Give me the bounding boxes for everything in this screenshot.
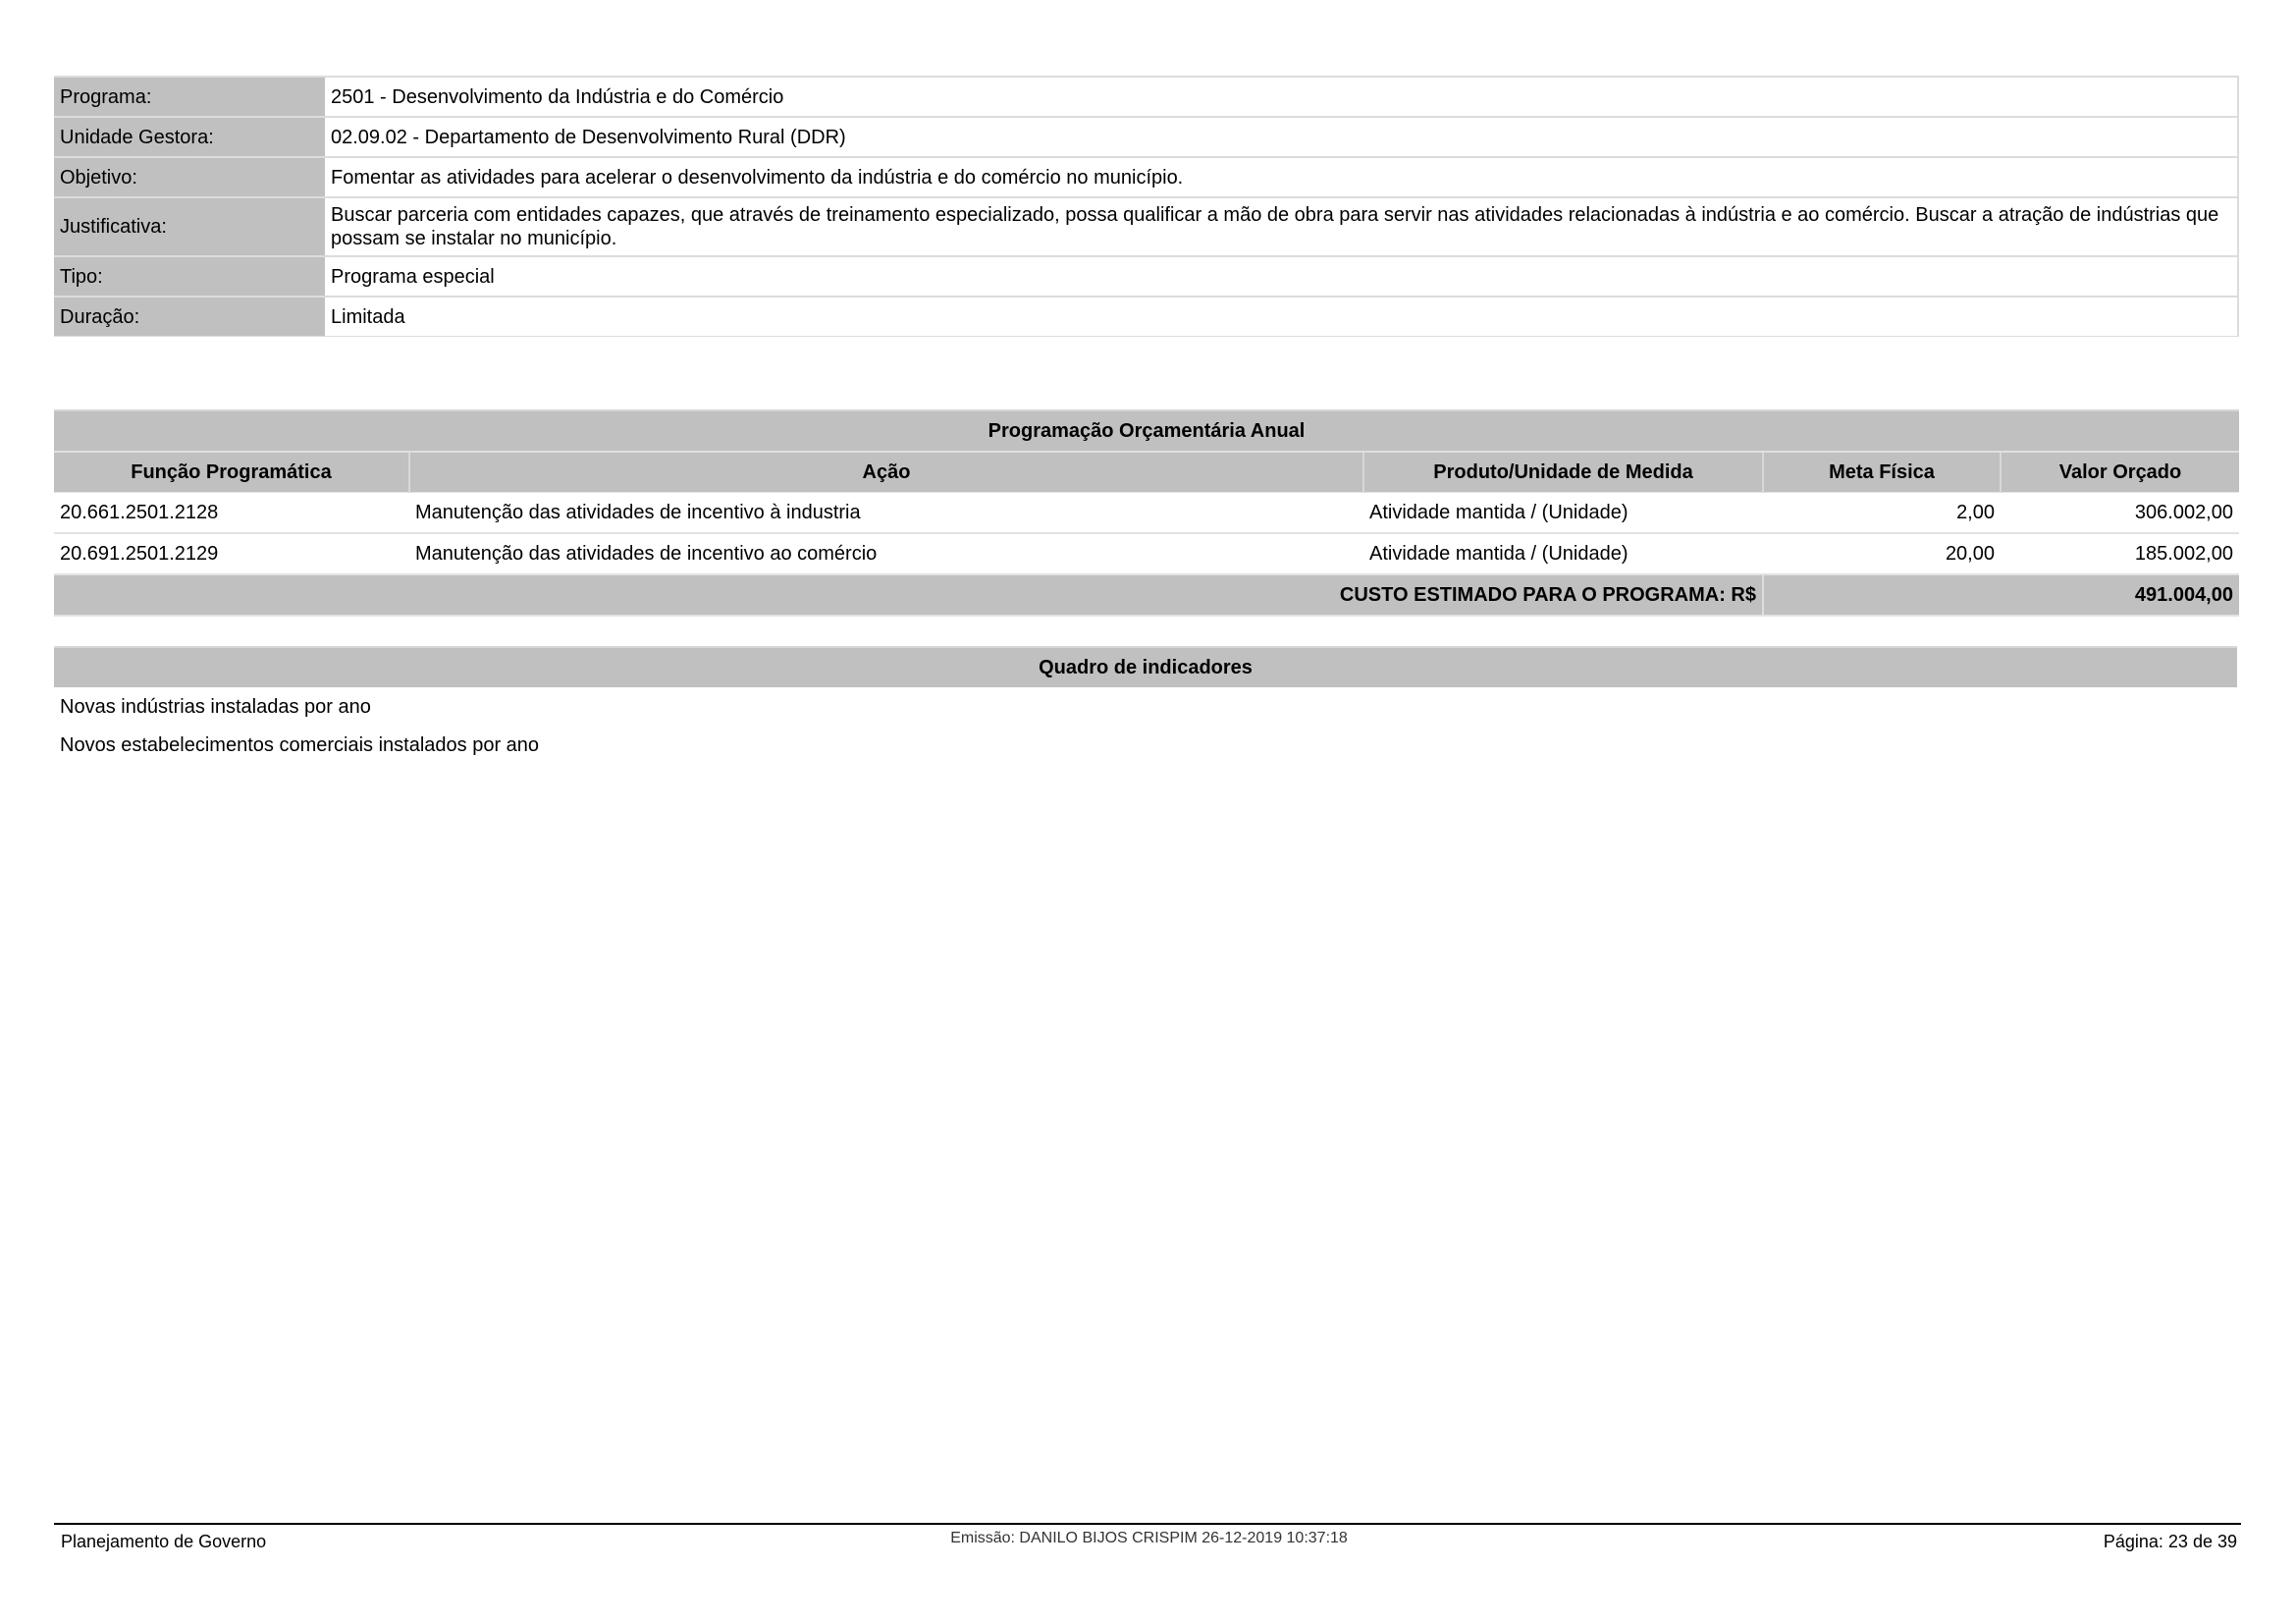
indicator-item: Novas indústrias instaladas por ano — [54, 687, 2237, 726]
column-header-funcao: Função Programática — [54, 452, 409, 493]
cell-produto: Atividade mantida / (Unidade) — [1363, 493, 1763, 534]
info-label: Objetivo: — [54, 157, 325, 197]
cell-produto: Atividade mantida / (Unidade) — [1363, 533, 1763, 574]
info-row-justificativa: Justificativa: Buscar parceria com entid… — [54, 197, 2238, 256]
info-value: Buscar parceria com entidades capazes, q… — [325, 197, 2238, 256]
column-header-acao: Ação — [409, 452, 1363, 493]
cell-valor: 306.002,00 — [2001, 493, 2239, 534]
info-value: Programa especial — [325, 256, 2238, 297]
table-row: 20.661.2501.2128 Manutenção das atividad… — [54, 493, 2239, 534]
info-label: Tipo: — [54, 256, 325, 297]
info-row-duracao: Duração: Limitada — [54, 297, 2238, 337]
footer-emission: Emissão: DANILO BIJOS CRISPIM 26-12-2019… — [61, 1530, 2237, 1547]
info-value: Fomentar as atividades para acelerar o d… — [325, 157, 2238, 197]
column-header-valor: Valor Orçado — [2001, 452, 2239, 493]
info-value: Limitada — [325, 297, 2238, 337]
program-info-table: Programa: 2501 - Desenvolvimento da Indú… — [54, 76, 2239, 337]
indicators-title: Quadro de indicadores — [54, 646, 2237, 687]
column-header-produto: Produto/Unidade de Medida — [1363, 452, 1763, 493]
info-row-tipo: Tipo: Programa especial — [54, 256, 2238, 297]
budget-table: Programação Orçamentária Anual Função Pr… — [54, 409, 2239, 617]
table-row: 20.691.2501.2129 Manutenção das atividad… — [54, 533, 2239, 574]
budget-title-row: Programação Orçamentária Anual — [54, 410, 2239, 452]
footer-page-number: Página: 23 de 39 — [2104, 1532, 2237, 1552]
column-header-meta: Meta Física — [1763, 452, 2001, 493]
info-label: Unidade Gestora: — [54, 117, 325, 157]
cell-valor: 185.002,00 — [2001, 533, 2239, 574]
cell-funcao: 20.661.2501.2128 — [54, 493, 409, 534]
info-value: 2501 - Desenvolvimento da Indústria e do… — [325, 77, 2238, 117]
footer-divider — [54, 1523, 2241, 1525]
cell-acao: Manutenção das atividades de incentivo a… — [409, 533, 1363, 574]
cell-meta: 2,00 — [1763, 493, 2001, 534]
info-label: Programa: — [54, 77, 325, 117]
indicator-item: Novos estabelecimentos comerciais instal… — [54, 726, 2237, 764]
info-row-objetivo: Objetivo: Fomentar as atividades para ac… — [54, 157, 2238, 197]
page-footer: Planejamento de Governo Emissão: DANILO … — [61, 1532, 2237, 1557]
total-label: CUSTO ESTIMADO PARA O PROGRAMA: R$ — [54, 574, 1763, 616]
cell-acao: Manutenção das atividades de incentivo à… — [409, 493, 1363, 534]
info-row-unidade-gestora: Unidade Gestora: 02.09.02 - Departamento… — [54, 117, 2238, 157]
budget-header-row: Função Programática Ação Produto/Unidade… — [54, 452, 2239, 493]
info-label: Justificativa: — [54, 197, 325, 256]
total-value: 491.004,00 — [1763, 574, 2239, 616]
budget-title: Programação Orçamentária Anual — [54, 410, 2239, 452]
info-row-programa: Programa: 2501 - Desenvolvimento da Indú… — [54, 77, 2238, 117]
info-value: 02.09.02 - Departamento de Desenvolvimen… — [325, 117, 2238, 157]
indicators-section: Quadro de indicadores Novas indústrias i… — [54, 646, 2237, 764]
budget-total-row: CUSTO ESTIMADO PARA O PROGRAMA: R$ 491.0… — [54, 574, 2239, 616]
cell-meta: 20,00 — [1763, 533, 2001, 574]
cell-funcao: 20.691.2501.2129 — [54, 533, 409, 574]
info-label: Duração: — [54, 297, 325, 337]
